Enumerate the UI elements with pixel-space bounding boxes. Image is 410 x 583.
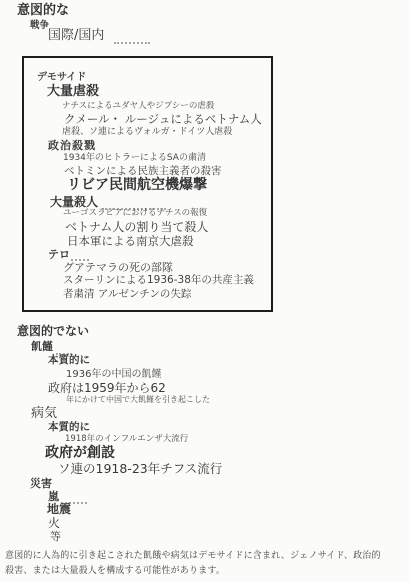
- outline-item-war: 戦争: [30, 21, 49, 31]
- outline-item-famine: 飢饉: [31, 341, 53, 353]
- politicide-example: リビア民間航空機爆撃: [67, 178, 207, 193]
- mass-murder-example: ユーゴスラビアにおけるナチスの報復: [63, 209, 207, 218]
- outline-item-international-domestic: 国際/国内: [48, 29, 104, 43]
- scanned-document-page: 意図的な 戦争 国際/国内 デモサイド 大量虐殺 ナチスによるユダヤ人やジプシー…: [0, 0, 410, 583]
- terror-example: スターリンによる1936-38年の共産主義: [63, 275, 254, 287]
- outline-item-politicide: 政治殺戮: [48, 140, 96, 152]
- genocide-example: クメール・ ルージュによるベトナム人: [64, 113, 262, 126]
- terror-example: グアテマラの死の部隊: [63, 262, 173, 274]
- genocide-example: 虐殺、ソ連によるヴォルガ・ドイツ人虐殺: [62, 128, 232, 138]
- outline-item-disease: 病気: [31, 407, 57, 421]
- mass-murder-example: 日本軍による南京大虐殺: [67, 235, 194, 248]
- box-title-democide: デモサイド: [37, 72, 86, 83]
- footnote-line-2: 殺害、または大量殺人を構成する可能性があります。: [5, 567, 225, 577]
- footnote-line-1: 意図的に人為的に引き起こされた飢餓や病気はデモサイドに含まれ、ジェノサイド、政治…: [5, 552, 381, 562]
- disaster-item-earthquake: 地震: [47, 503, 71, 516]
- famine-government-continuation: 年にかけて中国で大飢饉を引き起こした: [66, 396, 210, 405]
- politicide-example: 1934年のヒトラーによるSAの粛清: [63, 154, 206, 164]
- disease-essential-label: 本質的に: [48, 422, 90, 434]
- scan-dots: [114, 41, 150, 44]
- outline-item-terror: テロ: [48, 249, 70, 261]
- famine-government-line: 政府は1959年から62: [48, 382, 166, 395]
- outline-item-genocide: 大量虐殺: [47, 85, 99, 99]
- terror-example: 者粛清 アルゼンチンの失踪: [63, 289, 191, 301]
- mass-murder-example: ベトナム人の割り当て殺人: [65, 221, 208, 234]
- politicide-example: ベトミンによる民族主義者の殺害: [64, 166, 222, 178]
- famine-essential-label: 本質的に: [48, 355, 90, 367]
- famine-example: 1936年の中国の飢饉: [66, 369, 161, 380]
- disaster-item-fire: 火: [48, 517, 60, 530]
- heading-intentional: 意図的な: [17, 4, 69, 18]
- democide-box: デモサイド 大量虐殺 ナチスによるユダヤ人やジプシーの虐殺 クメール・ ルージュ…: [22, 56, 273, 312]
- heading-unintentional: 意図的でない: [17, 325, 89, 338]
- disease-government-line: 政府が創設: [45, 446, 115, 461]
- genocide-example: ナチスによるユダヤ人やジプシーの虐殺: [62, 102, 214, 111]
- outline-item-disaster: 災害: [30, 478, 52, 490]
- disaster-item-etc: 等: [50, 531, 61, 543]
- disease-example: 1918年のインフルエンザ大流行: [65, 435, 188, 444]
- disease-government-example: ソ連の1918-23年チフス流行: [58, 462, 222, 476]
